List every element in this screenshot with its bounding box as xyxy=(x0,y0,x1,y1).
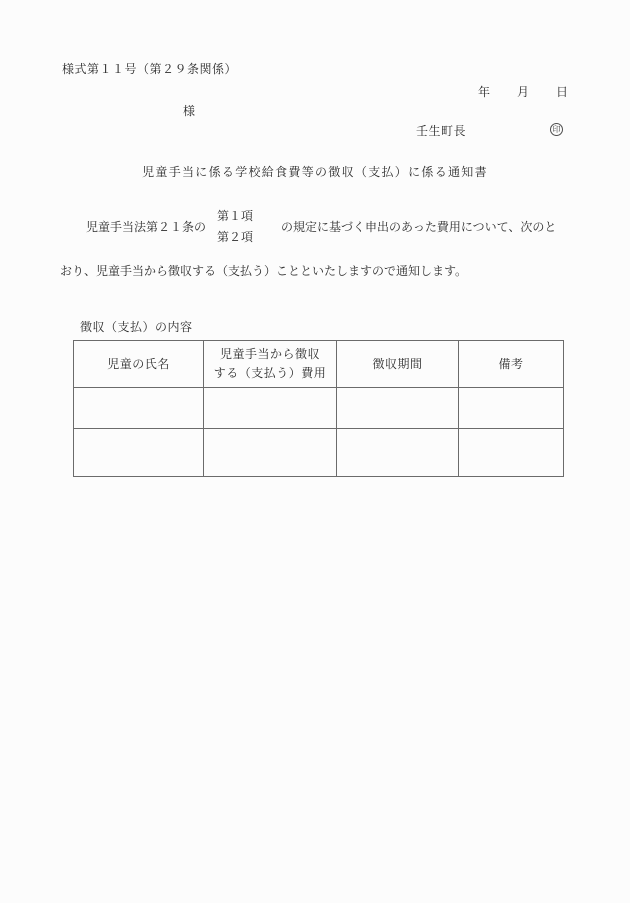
date-month-label: 月 xyxy=(517,86,529,98)
table-cell xyxy=(204,429,337,477)
header-child-name: 児童の氏名 xyxy=(74,341,204,388)
table-cell xyxy=(459,429,564,477)
issuer-title: 壬生町長 xyxy=(416,125,466,137)
header-period: 徴収期間 xyxy=(337,341,459,388)
clause-option-2: 第２項 xyxy=(217,227,253,248)
table-cell xyxy=(74,429,204,477)
header-fee: 児童手当から徴収 する（支払う）費用 xyxy=(204,341,337,388)
date-day-label: 日 xyxy=(556,86,568,98)
table-row xyxy=(74,388,564,429)
collection-details-table: 児童の氏名 児童手当から徴収 する（支払う）費用 徴収期間 備考 xyxy=(73,340,564,477)
table-cell xyxy=(337,429,459,477)
table-caption: 徴収（支払）の内容 xyxy=(80,321,193,333)
document-title: 児童手当に係る学校給食費等の徴収（支払）に係る通知書 xyxy=(0,166,630,178)
body-paragraph-line1: 児童手当法第２１条の 第１項 第２項 の規定に基づく申出のあった費用について、次… xyxy=(86,206,556,248)
addressee-suffix: 様 xyxy=(183,105,195,117)
header-remarks: 備考 xyxy=(459,341,564,388)
table-cell xyxy=(204,388,337,429)
body-line1-prefix: 児童手当法第２１条の xyxy=(86,221,206,233)
table-cell xyxy=(74,388,204,429)
date-year-label: 年 xyxy=(478,86,490,98)
table-header-row: 児童の氏名 児童手当から徴収 する（支払う）費用 徴収期間 備考 xyxy=(74,341,564,388)
document-page: 様式第１１号（第２９条関係） 年 月 日 様 壬生町長 印 児童手当に係る学校給… xyxy=(0,0,630,903)
table-cell xyxy=(337,388,459,429)
seal-stamp-icon: 印 xyxy=(550,123,563,136)
body-paragraph-line2: おり、児童手当から徴収する（支払う）ことといたしますので通知します。 xyxy=(60,265,467,277)
date-line: 年 月 日 xyxy=(478,86,568,98)
clause-options: 第１項 第２項 xyxy=(217,206,253,248)
body-line1-suffix: の規定に基づく申出のあった費用について、次のと xyxy=(281,221,556,233)
table-cell xyxy=(459,388,564,429)
table-row xyxy=(74,429,564,477)
clause-option-1: 第１項 xyxy=(217,206,253,227)
form-number: 様式第１１号（第２９条関係） xyxy=(62,63,237,75)
